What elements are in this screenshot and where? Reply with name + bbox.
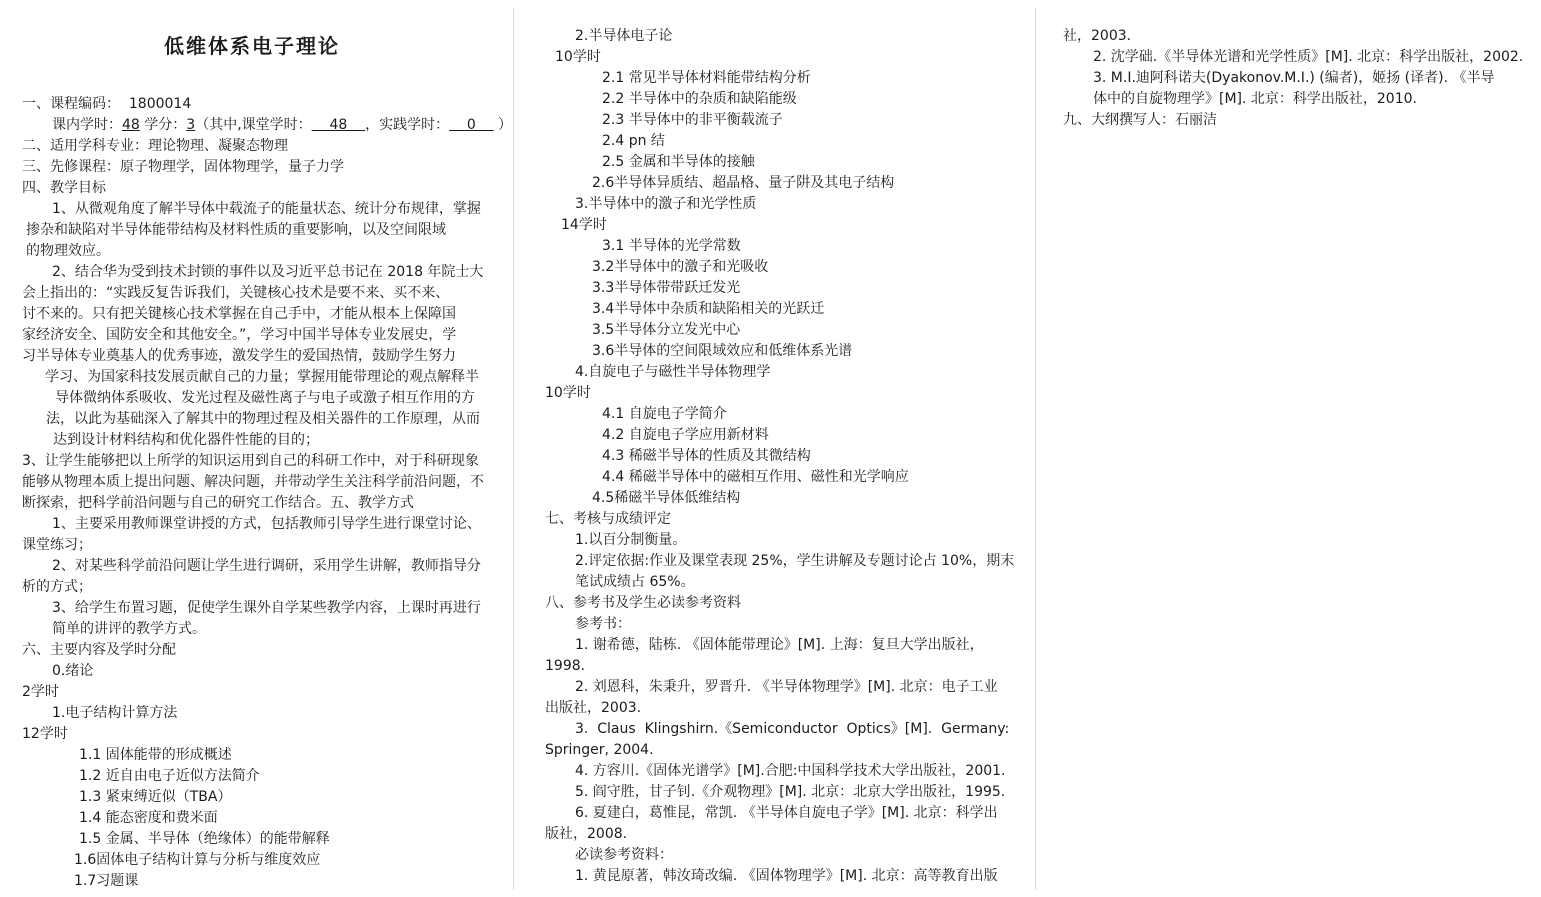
text-line: 12学时 [22,724,492,745]
text-line: 习半导体专业奠基人的优秀事迹，激发学生的爱国热情，鼓励学生努力 [22,346,492,367]
text-line: 1. 黄昆原著，韩汝琦改编. 《固体物理学》[M]. 北京：高等教育出版 [545,866,1010,887]
underlined-value: 0 [449,117,494,133]
text-line: 3.5半导体分立发光中心 [545,320,1010,341]
underlined-value: 3 [186,117,195,133]
text-line: 法，以此为基础深入了解其中的物理过程及相关器件的工作原理，从而 [22,409,492,430]
text-line: 4.2 自旋电子学应用新材料 [545,425,1010,446]
text-line: 4.4 稀磁半导体中的磁相互作用、磁性和光学响应 [545,467,1010,488]
text-line: 1.以百分制衡量。 [545,530,1010,551]
text-line: 八、参考书及学生必读参考资料 [545,593,1010,614]
text-line: 二、适用学科专业：理论物理、凝聚态物理 [22,136,492,157]
text-line: 参考书： [545,614,1010,635]
text-line: 3. Claus Klingshirn.《Semiconductor Optic… [545,719,1010,740]
text-line: 3、让学生能够把以上所学的知识运用到自己的科研工作中，对于科研现象 [22,451,492,472]
text-line: 1.电子结构计算方法 [22,703,492,724]
text-line: 0.绪论 [22,661,492,682]
text-line: 会上指出的：“实践反复告诉我们，关键核心技术是要不来、买不来、 [22,283,492,304]
text-line: 4.3 稀磁半导体的性质及其微结构 [545,446,1010,467]
text-line: 1、主要采用教师课堂讲授的方式，包括教师引导学生进行课堂讨论、 [22,514,492,535]
text-line: 必读参考资料： [545,845,1010,866]
text-segment: 课内学时： [52,117,122,133]
text-line: 课内学时：48 学分：3（其中,课堂学时： 48 ，实践学时： 0 ） [22,115,492,136]
column-separator [1035,8,1036,890]
text-line: 能够从物理本质上提出问题、解决问题，并带动学生关注科学前沿问题，不 [22,472,492,493]
text-line: 2. 刘恩科，朱秉升，罗晋升. 《半导体物理学》[M]. 北京：电子工业 [545,677,1010,698]
text-segment: ） [494,117,512,133]
text-line: 1、从微观角度了解半导体中载流子的能量状态、统计分布规律，掌握 [22,199,492,220]
text-line: 2.6半导体异质结、超晶格、量子阱及其电子结构 [545,173,1010,194]
text-line: Springer, 2004. [545,740,1010,761]
text-line: 掺杂和缺陷对半导体能带结构及材料性质的重要影响，以及空间限域 [22,220,492,241]
text-line: 3.1 半导体的光学常数 [545,236,1010,257]
text-line: 四、教学目标 [22,178,492,199]
column-separator [513,8,514,890]
text-line: 3.半导体中的激子和光学性质 [545,194,1010,215]
text-line: 简单的讲评的教学方式。 [22,619,492,640]
text-line: 版社，2008. [545,824,1010,845]
text-line: 2、对某些科学前沿问题让学生进行调研，采用学生讲解，教师指导分 [22,556,492,577]
text-line: 体中的自旋物理学》[M]. 北京：科学出版社，2010. [1063,89,1533,110]
text-line: 课堂练习； [22,535,492,556]
text-line: 2.2 半导体中的杂质和缺陷能级 [545,89,1010,110]
text-line: 社，2003. [1063,26,1533,47]
text-line: 4.自旋电子与磁性半导体物理学 [545,362,1010,383]
text-line: 3.2半导体中的激子和光吸收 [545,257,1010,278]
text-line: 5. 阎守胜，甘子钊.《介观物理》[M]. 北京：北京大学出版社，1995. [545,782,1010,803]
text-line: 4. 方容川.《固体光谱学》[M].合肥:中国科学技术大学出版社，2001. [545,761,1010,782]
text-line: 14学时 [545,215,1010,236]
text-line: 达到设计材料结构和优化器件性能的目的； [22,430,492,451]
document-title: 低维体系电子理论 [22,30,482,59]
text-segment: ，实践学时： [365,117,449,133]
text-line: 2.4 pn 结 [545,131,1010,152]
column-3: 社，2003.2. 沈学础.《半导体光谱和光学性质》[M]. 北京：科学出版社，… [1063,26,1533,131]
text-line: 的物理效应。 [22,241,492,262]
text-line: 3.3半导体带带跃迁发光 [545,278,1010,299]
text-line: 1.3 紧束缚近似（TBA） [22,787,492,808]
text-line: 1.1 固体能带的形成概述 [22,745,492,766]
text-line: 2.1 常见半导体材料能带结构分析 [545,68,1010,89]
text-line: 2学时 [22,682,492,703]
text-line: 1.2 近自由电子近似方法简介 [22,766,492,787]
text-segment: （其中,课堂学时： [195,117,311,133]
text-line: 10学时 [545,383,1010,404]
text-line: 4.1 自旋电子学简介 [545,404,1010,425]
text-line: 断探索，把科学前沿问题与自己的研究工作结合。五、教学方式 [22,493,492,514]
text-line: 讨不来的。只有把关键核心技术掌握在自己手中，才能从根本上保障国 [22,304,492,325]
text-line: 1.6固体电子结构计算与分析与维度效应 [22,850,492,871]
text-segment: 学分： [140,117,186,133]
text-line: 家经济安全、国防安全和其他安全。”，学习中国半导体专业发展史，学 [22,325,492,346]
text-line: 九、大纲撰写人：石丽洁 [1063,110,1533,131]
text-line: 三、先修课程：原子物理学，固体物理学，量子力学 [22,157,492,178]
text-line: 4.5稀磁半导体低维结构 [545,488,1010,509]
text-line: 1.7习题课 [22,871,492,892]
text-line: 七、考核与成绩评定 [545,509,1010,530]
text-line: 1.4 能态密度和费米面 [22,808,492,829]
text-line: 2.半导体电子论 [545,26,1010,47]
text-line: 2. 沈学础.《半导体光谱和光学性质》[M]. 北京：科学出版社，2002. [1063,47,1533,68]
text-line: 3. M.I.迪阿科诺夫(Dyakonov.M.I.) (编者)，姬扬 (译者)… [1063,68,1533,89]
text-line: 10学时 [545,47,1010,68]
text-line: 2.3 半导体中的非平衡载流子 [545,110,1010,131]
text-line: 2.评定依据:作业及课堂表现 25%，学生讲解及专题讨论占 10%，期末 [545,551,1010,572]
text-line: 1.5 金属、半导体（绝缘体）的能带解释 [22,829,492,850]
text-line: 出版社，2003. [545,698,1010,719]
text-line: 6. 夏建白，葛惟昆，常凯. 《半导体自旋电子学》[M]. 北京：科学出 [545,803,1010,824]
text-line: 学习、为国家科技发展贡献自己的力量；掌握用能带理论的观点解释半 [22,367,492,388]
text-line: 析的方式； [22,577,492,598]
column-1: 一、课程编码： 1800014课内学时：48 学分：3（其中,课堂学时： 48 … [22,94,492,892]
text-line: 1998. [545,656,1010,677]
text-line: 笔试成绩占 65%。 [545,572,1010,593]
text-line: 1. 谢希德，陆栋. 《固体能带理论》[M]. 上海：复旦大学出版社， [545,635,1010,656]
column-2: 2.半导体电子论10学时2.1 常见半导体材料能带结构分析2.2 半导体中的杂质… [545,26,1010,887]
text-line: 3.6半导体的空间限域效应和低维体系光谱 [545,341,1010,362]
text-line: 2.5 金属和半导体的接触 [545,152,1010,173]
text-line: 导体微纳体系吸收、发光过程及磁性离子与电子或激子相互作用的方 [22,388,492,409]
text-line: 3、给学生布置习题，促使学生课外自学某些教学内容，上课时再进行 [22,598,492,619]
text-line: 一、课程编码： 1800014 [22,94,492,115]
document-page: 低维体系电子理论 一、课程编码： 1800014课内学时：48 学分：3（其中,… [0,0,1541,897]
text-line: 3.4半导体中杂质和缺陷相关的光跃迁 [545,299,1010,320]
text-line: 六、主要内容及学时分配 [22,640,492,661]
underlined-value: 48 [122,117,140,133]
text-line: 2、结合华为受到技术封锁的事件以及习近平总书记在 2018 年院士大 [22,262,492,283]
underlined-value: 48 [312,117,365,133]
